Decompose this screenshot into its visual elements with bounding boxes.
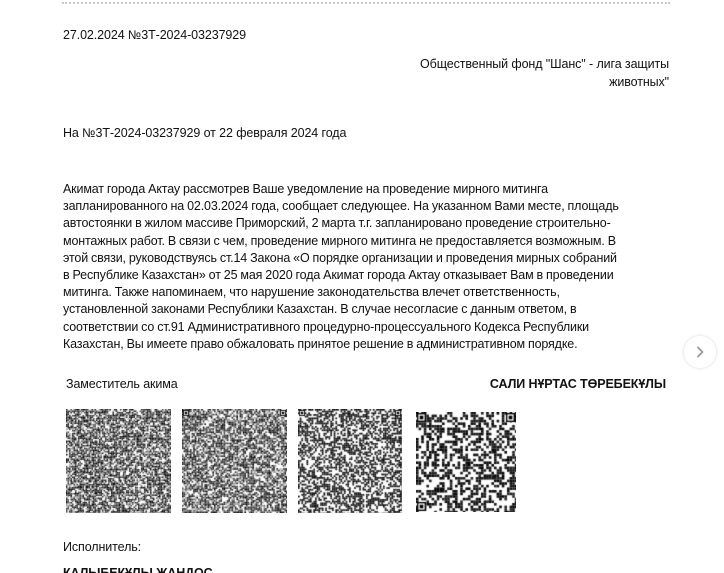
body-line: Акимат города Актау рассмотрев Ваше увед… [63,181,671,198]
signature-qr-code [182,409,287,513]
letter-body: Акимат города Актау рассмотрев Ваше увед… [63,181,671,353]
body-line: соответствии со ст.91 Административного … [63,319,671,336]
chevron-right-icon [693,345,707,359]
recipient-line: Общественный фонд "Шанс" - лига защиты [349,55,669,73]
body-line: в Республике Казахстан» от 25 мая 2020 г… [63,267,671,284]
body-line: автостоянки в жилом массиве Приморский, … [63,215,671,232]
body-line: установленной законами Республики Казахс… [63,301,671,318]
signature-qr-code [416,412,516,512]
recipient-block: Общественный фонд "Шанс" - лига защиты ж… [349,55,669,91]
recipient-line: животных" [349,73,669,91]
body-line: монтажных работ. В связи с чем, проведен… [63,233,671,250]
executor-label: Исполнитель: [63,540,141,554]
reply-to-reference: На №3Т-2024-03237929 от 22 февраля 2024 … [63,126,346,140]
body-line: митинга. Также напоминаем, что нарушение… [63,284,671,301]
top-divider [62,2,670,4]
signer-role: Заместитель акима [66,377,178,391]
document-reference: 27.02.2024 №3Т-2024-03237929 [63,28,246,42]
body-line: этой связи, руководствуясь ст.14 Закона … [63,250,671,267]
body-line: запланированного на 02.03.2024 года, соо… [63,198,671,215]
body-line: Казахстан, Вы имеете право обжаловать пр… [63,336,671,353]
signature-qr-code [66,409,171,513]
document-page: 27.02.2024 №3Т-2024-03237929 Общественны… [0,0,724,573]
signature-qr-code [298,409,402,513]
signer-name: САЛИ НҰРТАС ТӨРЕБЕКҰЛЫ [490,377,666,391]
next-slide-button[interactable] [684,336,716,368]
executor-name: КАЛЫБЕКҰЛЫ ЖАНДОС [63,566,213,573]
